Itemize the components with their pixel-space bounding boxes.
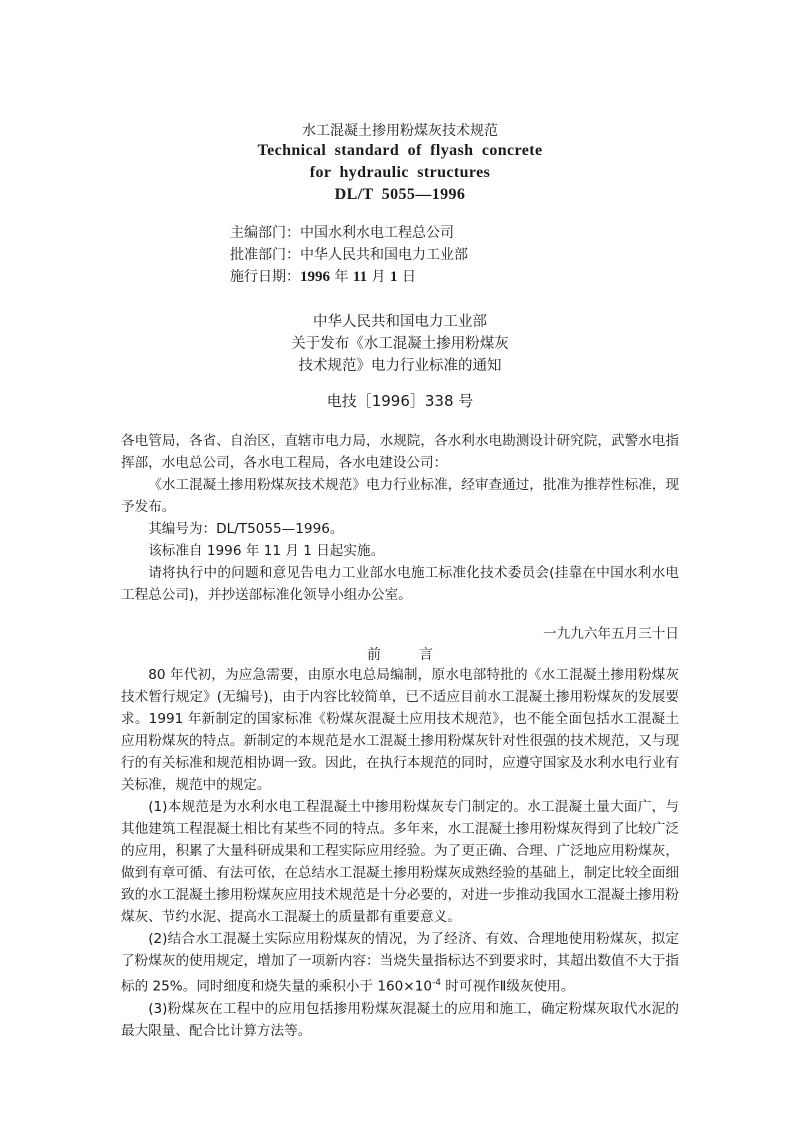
preface-heading-left: 前: [367, 647, 381, 663]
document-page: 水工混凝土掺用粉煤灰技术规范 Technical standard of fly…: [0, 0, 800, 1131]
preface-heading: 前言: [0, 644, 800, 664]
preface-p3-text-b: 时可视作Ⅱ级灰使用。: [441, 979, 574, 995]
month-unit: 月: [367, 269, 390, 285]
notice-heading-line1: 关于发布《水工混凝土掺用粉煤灰: [0, 332, 800, 353]
meta-approver-value: 中华人民共和国电力工业部: [300, 247, 468, 263]
notice-heading-line2: 技术规范》电力行业标准的通知: [0, 354, 800, 375]
notice-date: 一九九六年五月三十日: [543, 622, 679, 642]
effective-year: 1996: [300, 269, 330, 285]
notice-paragraph-4: 请将执行中的问题和意见告电力工业部水电施工标准化技术委员会(挂靠在中国水利水电工…: [121, 562, 679, 606]
preface-paragraph-2: (1)本规范是为水利水电工程混凝土中掺用粉煤灰专门制定的。水工混凝土量大面广，与…: [121, 796, 679, 928]
title-english-line2: for hydraulic structures: [0, 164, 800, 182]
notice-body: 各电管局，各省、自治区，直辖市电力局，水规院，各水利水电勘测设计研究院，武警水电…: [121, 430, 679, 606]
meta-approver: 批准部门：中华人民共和国电力工业部: [230, 244, 468, 264]
title-chinese: 水工混凝土掺用粉煤灰技术规范: [0, 120, 800, 140]
notice-doc-number: 电技［1996］338 号: [0, 390, 800, 411]
title-english-line1: Technical standard of flyash concrete: [0, 142, 800, 160]
standard-code: DL/T 5055—1996: [0, 186, 800, 204]
notice-addressees: 各电管局，各省、自治区，直辖市电力局，水规院，各水利水电勘测设计研究院，武警水电…: [121, 430, 679, 474]
preface-heading-right: 言: [419, 647, 433, 663]
preface-paragraph-3: (2)结合水工混凝土实际应用粉煤灰的情况，为了经济、有效、合理地使用粉煤灰，拟定…: [121, 928, 679, 998]
meta-approver-label: 批准部门：: [230, 247, 300, 263]
preface-p3-text-a: (2)结合水工混凝土实际应用粉煤灰的情况，为了经济、有效、合理地使用粉煤灰，拟定…: [121, 931, 679, 995]
effective-month: 11: [353, 269, 367, 285]
exponent: -4: [432, 978, 441, 988]
preface-paragraph-4: (3)粉煤灰在工程中的应用包括掺用粉煤灰混凝土的应用和施工，确定粉煤灰取代水泥的…: [121, 998, 679, 1042]
preface-body: 80 年代初，为应急需要，由原水电总局编制，原水电部特批的《水工混凝土掺用粉煤灰…: [121, 664, 679, 1042]
notice-paragraph-1: 《水工混凝土掺用粉煤灰技术规范》电力行业标准，经审查通过，批准为推荐性标准，现予…: [121, 474, 679, 518]
year-unit: 年: [330, 269, 353, 285]
effective-day: 1: [390, 269, 398, 285]
meta-editor: 主编部门：中国水利水电工程总公司: [230, 222, 454, 242]
meta-effective-label: 施行日期：: [230, 269, 300, 285]
preface-paragraph-1: 80 年代初，为应急需要，由原水电总局编制，原水电部特批的《水工混凝土掺用粉煤灰…: [121, 664, 679, 796]
notice-paragraph-3: 该标准自 1996 年 11 月 1 日起实施。: [121, 540, 679, 562]
meta-editor-label: 主编部门：: [230, 225, 300, 241]
notice-paragraph-2: 其编号为：DL/T5055—1996。: [121, 518, 679, 540]
meta-editor-value: 中国水利水电工程总公司: [300, 225, 454, 241]
meta-effective-date: 施行日期：1996 年 11 月 1 日: [230, 266, 416, 286]
day-unit: 日: [398, 269, 416, 285]
notice-issuer: 中华人民共和国电力工业部: [0, 310, 800, 331]
